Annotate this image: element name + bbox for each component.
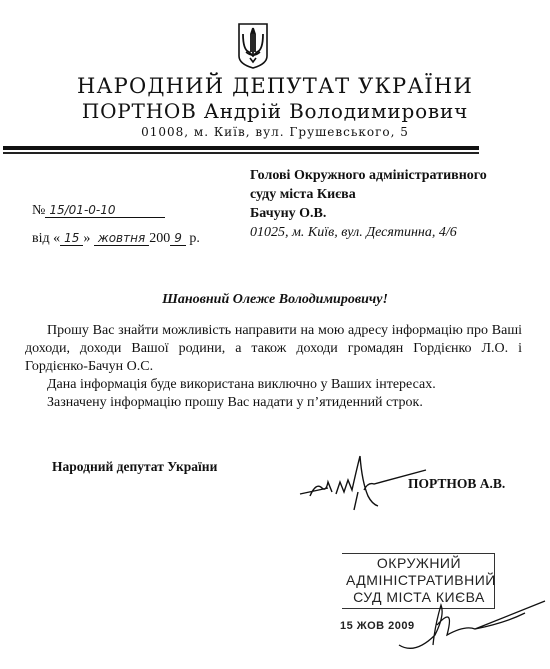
- addressee-address: 01025, м. Київ, вул. Десятинна, 4/6: [250, 223, 487, 242]
- number-value: 15/01-0-10: [45, 203, 165, 218]
- date-label: від: [32, 231, 50, 246]
- stamp-line1: ОКРУЖНИЙ: [346, 555, 492, 572]
- date-month: жовтня: [94, 231, 149, 246]
- addressee-line2: суду міста Києва: [250, 185, 487, 204]
- date-day: 15: [60, 231, 83, 246]
- date-year-prefix: 200: [149, 231, 170, 246]
- paragraph-2: Дана інформація буде використана виключн…: [25, 376, 522, 394]
- addressee-line1: Голові Окружного адміністративного: [250, 166, 487, 185]
- reference-date: від «15» жовтня2009 р.: [32, 231, 200, 247]
- letterhead-divider-thin: [3, 152, 479, 154]
- ukraine-trident-emblem-icon: [237, 22, 269, 70]
- letterhead-name: ПОРТНОВ Андрій Володимирович: [0, 99, 550, 123]
- date-year-suffix: 9: [170, 231, 186, 246]
- paragraph-1: Прошу Вас знайти можливість направити на…: [25, 322, 522, 376]
- signatory-title: Народний депутат України: [52, 459, 217, 475]
- letter-body: Прошу Вас знайти можливість направити на…: [25, 322, 522, 412]
- letterhead-address: 01008, м. Київ, вул. Грушевського, 5: [0, 125, 550, 139]
- signatory-name: ПОРТНОВ А.В.: [408, 476, 505, 492]
- number-label: №: [32, 203, 45, 218]
- greeting: Шановний Олеже Володимировичу!: [0, 292, 550, 308]
- reference-number: №15/01-0-10: [32, 203, 165, 219]
- paragraph-3: Зазначену інформацію прошу Вас надати у …: [25, 394, 522, 412]
- addressee-line3: Бачуну О.В.: [250, 204, 487, 223]
- letterhead-title: НАРОДНИЙ ДЕПУТАТ УКРАЇНИ: [0, 74, 550, 98]
- stamp-line2: АДМІНІСТРАТИВНИЙ: [346, 572, 492, 589]
- receipt-signature-icon: [395, 595, 550, 655]
- date-suffix: р.: [189, 231, 200, 246]
- addressee-block: Голові Окружного адміністративного суду …: [250, 166, 487, 242]
- letterhead-divider-thick: [3, 146, 479, 150]
